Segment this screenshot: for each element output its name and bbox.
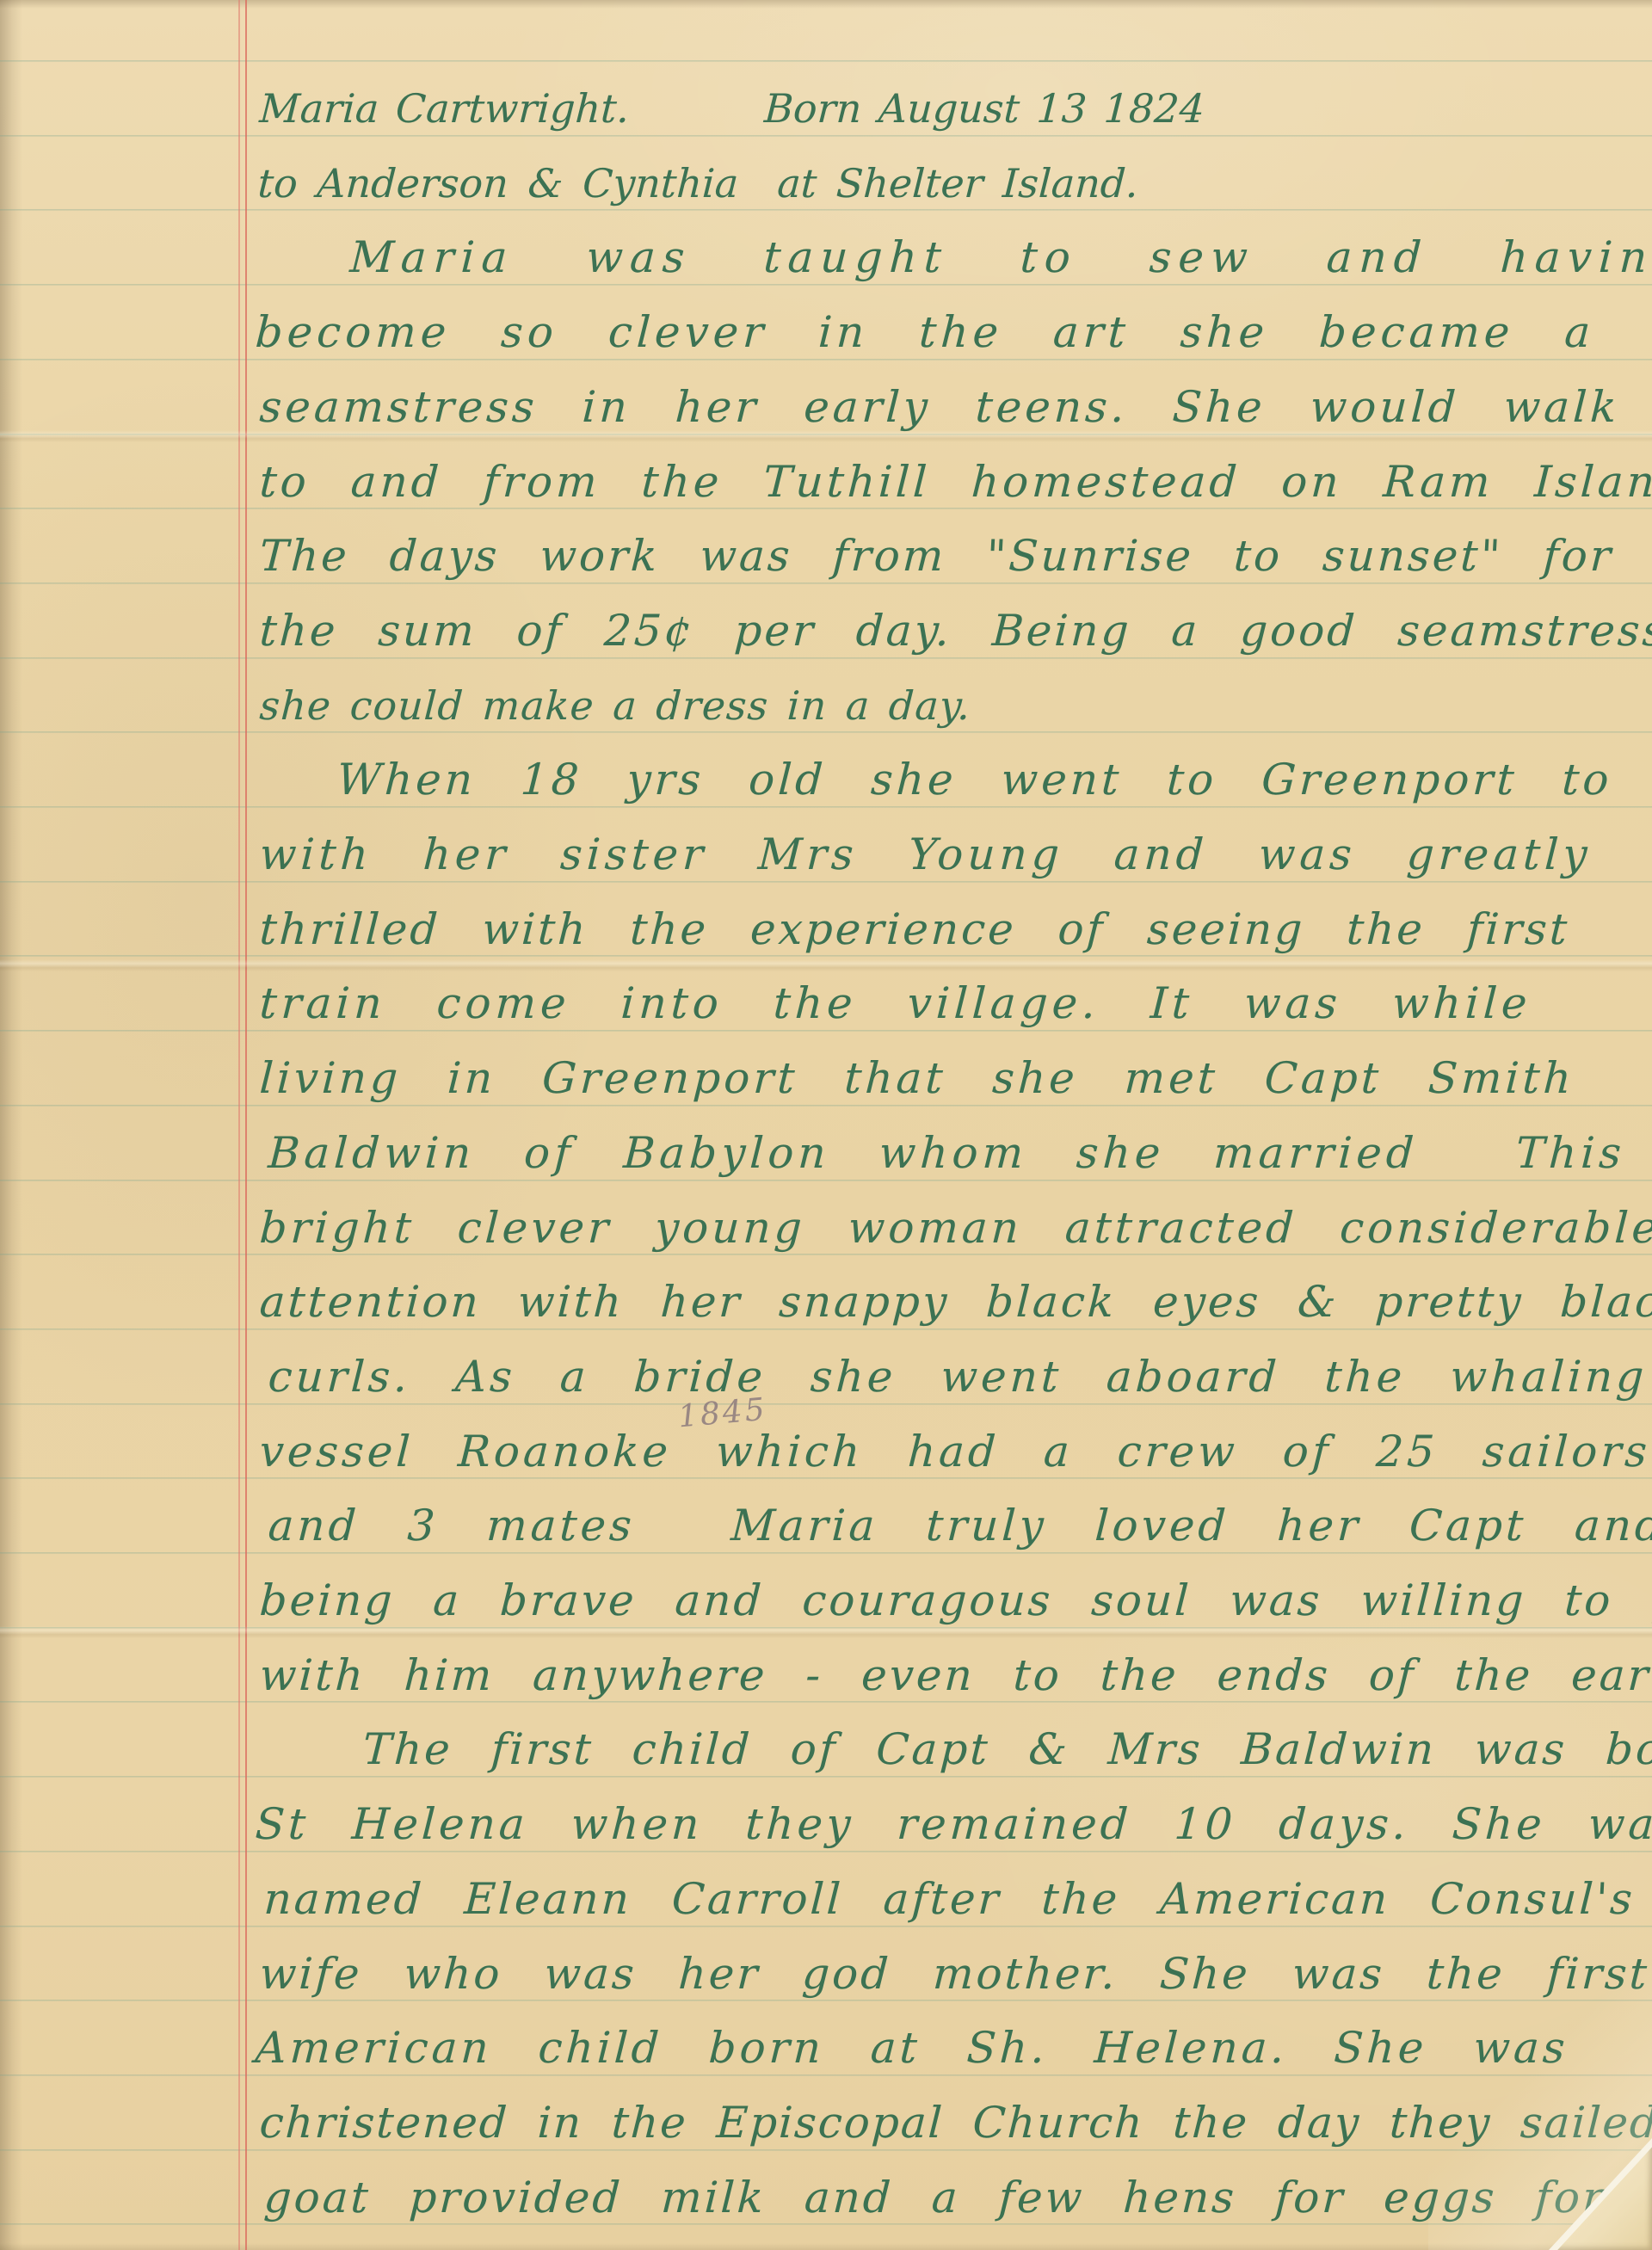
handwriting-line: named Eleann Carroll after the American … [262, 1871, 1637, 1927]
handwriting-line: When 18 yrs old she went to Greenport to… [336, 751, 1652, 808]
handwriting-line: and 3 mates Maria truly loved her Capt a… [267, 1497, 1652, 1554]
handwriting-line: christened in the Episcopal Church the d… [258, 2094, 1652, 2151]
handwriting-line: goat provided milk and a few hens for eg… [262, 2169, 1652, 2226]
handwriting-line: living in Greenport that she met Capt Sm… [258, 1050, 1576, 1107]
handwriting-line: become so clever in the art she became a [254, 304, 1596, 361]
fold-crease-2 [0, 959, 1652, 971]
journal-page: Maria Cartwright. Born August 13 1824to … [0, 0, 1652, 2250]
handwriting-line: The days work was from "Sunrise to sunse… [258, 527, 1615, 584]
handwriting-line: seamstress in her early teens. She would… [258, 379, 1621, 435]
handwriting-line: being a brave and couragous soul was wil… [258, 1572, 1652, 1629]
handwriting-line: with him anywhere - even to the ends of … [258, 1647, 1652, 1704]
handwriting-line: she could make a dress in a day. [258, 677, 972, 734]
handwriting-line: The first child of Capt & Mrs Baldwin wa… [361, 1721, 1652, 1778]
handwriting-line: train come into the village. It was whil… [258, 975, 1532, 1032]
ruled-line [0, 60, 1652, 62]
red-margin-line-outer [238, 0, 240, 2250]
handwriting-line: the sum of 25¢ per day. Being a good sea… [258, 602, 1652, 659]
handwriting-line: thrilled with the experience of seeing t… [258, 901, 1571, 958]
handwriting-line: wife who was her god mother. She was the… [258, 1945, 1651, 2002]
red-margin-line-inner [245, 0, 247, 2250]
handwriting-line: Maria was taught to sew and having [348, 229, 1652, 286]
handwriting-line: vessel Roanoke which had a crew of 25 sa… [258, 1423, 1652, 1480]
paper-top-edge-shadow [0, 0, 1652, 9]
handwriting-line: Baldwin of Babylon whom she married This [267, 1125, 1627, 1181]
handwriting-line: Maria Cartwright. Born August 13 1824 [258, 80, 1206, 137]
handwriting-line: to and from the Tuthill homestead on Ram… [258, 453, 1652, 510]
handwriting-line: attention with her snappy black eyes & p… [258, 1273, 1652, 1330]
handwriting-line: to Anderson & Cynthia at Shelter Island. [256, 155, 1140, 212]
handwriting-line: with her sister Mrs Young and was greatl… [258, 826, 1593, 883]
handwriting-line: American child born at Sh. Helena. She w… [254, 2019, 1569, 2076]
handwriting-line: St Helena when they remained 10 days. Sh… [254, 1796, 1652, 1852]
paper-left-edge-shadow [0, 0, 22, 2250]
paper-bottom-edge-shadow [0, 2243, 1652, 2250]
handwriting-line: curls. As a bride she went aboard the wh… [267, 1348, 1649, 1405]
handwriting-line: bright clever young woman attracted cons… [258, 1199, 1652, 1256]
